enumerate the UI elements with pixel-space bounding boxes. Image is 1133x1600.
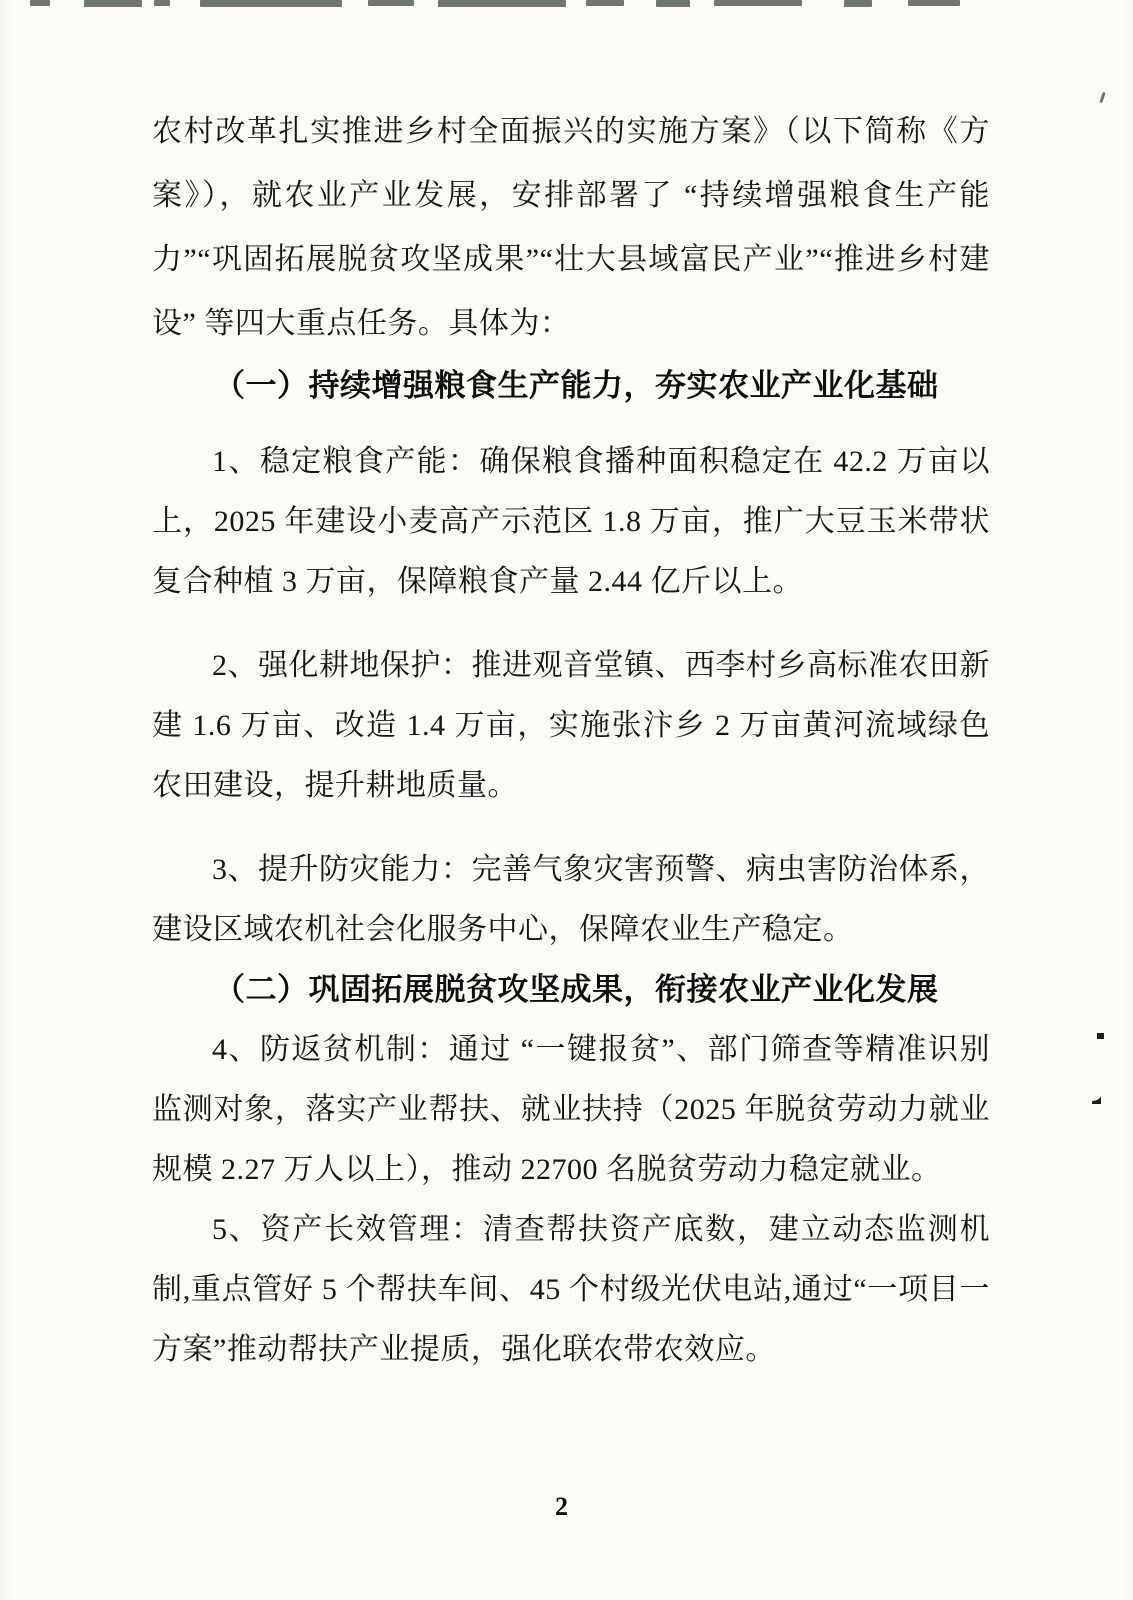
section-2-heading: （二）巩固拓展脱贫攻坚成果，衔接农业产业化发展 <box>152 960 990 1020</box>
scanned-document-page: 农村改革扎实推进乡村全面振兴的实施方案》（以下简称《方案》），就农业产业发展，安… <box>0 0 1133 1600</box>
paragraph-1-grain-capacity: 1、稳定粮食产能：确保粮食播种面积稳定在 42.2 万亩以上，2025 年建设小… <box>152 432 990 612</box>
scan-artifact-segment <box>656 0 690 7</box>
section-1-heading: （一）持续增强粮食生产能力，夯实农业产业化基础 <box>152 356 990 416</box>
page-number: 2 <box>0 1492 1123 1522</box>
intro-continuation-paragraph: 农村改革扎实推进乡村全面振兴的实施方案》（以下简称《方案》），就农业产业发展，安… <box>152 100 990 356</box>
scan-artifact-segment <box>908 0 960 6</box>
scan-artifact-top-strip <box>30 0 960 7</box>
scan-artifact-segment <box>586 0 624 6</box>
scan-artifact-segment <box>368 0 414 6</box>
scan-artifact-segment <box>438 0 566 7</box>
scan-speck <box>1097 1033 1104 1039</box>
document-body: 农村改革扎实推进乡村全面振兴的实施方案》（以下简称《方案》），就农业产业发展，安… <box>152 100 990 1380</box>
scan-artifact-segment <box>84 0 142 7</box>
scan-artifact-segment <box>200 0 342 7</box>
paragraph-4-poverty-relapse-prevention: 4、防返贫机制：通过 “一键报贫”、部门筛查等精准识别监测对象，落实产业帮扶、就… <box>152 1020 990 1200</box>
scan-artifact-segment <box>714 0 802 6</box>
scan-speck-tick <box>1099 92 1105 103</box>
scan-artifact-segment <box>30 0 50 6</box>
scan-artifact-segment <box>844 0 872 7</box>
scan-speck <box>1092 1097 1101 1104</box>
paragraph-2-farmland-protection: 2、强化耕地保护：推进观音堂镇、西李村乡高标准农田新建 1.6 万亩、改造 1.… <box>152 636 990 816</box>
scan-artifact-segment <box>154 0 170 6</box>
paragraph-5-asset-management: 5、资产长效管理：清查帮扶资产底数，建立动态监测机制,重点管好 5 个帮扶车间、… <box>152 1200 990 1380</box>
paragraph-3-disaster-prevention: 3、提升防灾能力：完善气象灾害预警、病虫害防治体系，建设区域农机社会化服务中心，… <box>152 840 990 960</box>
